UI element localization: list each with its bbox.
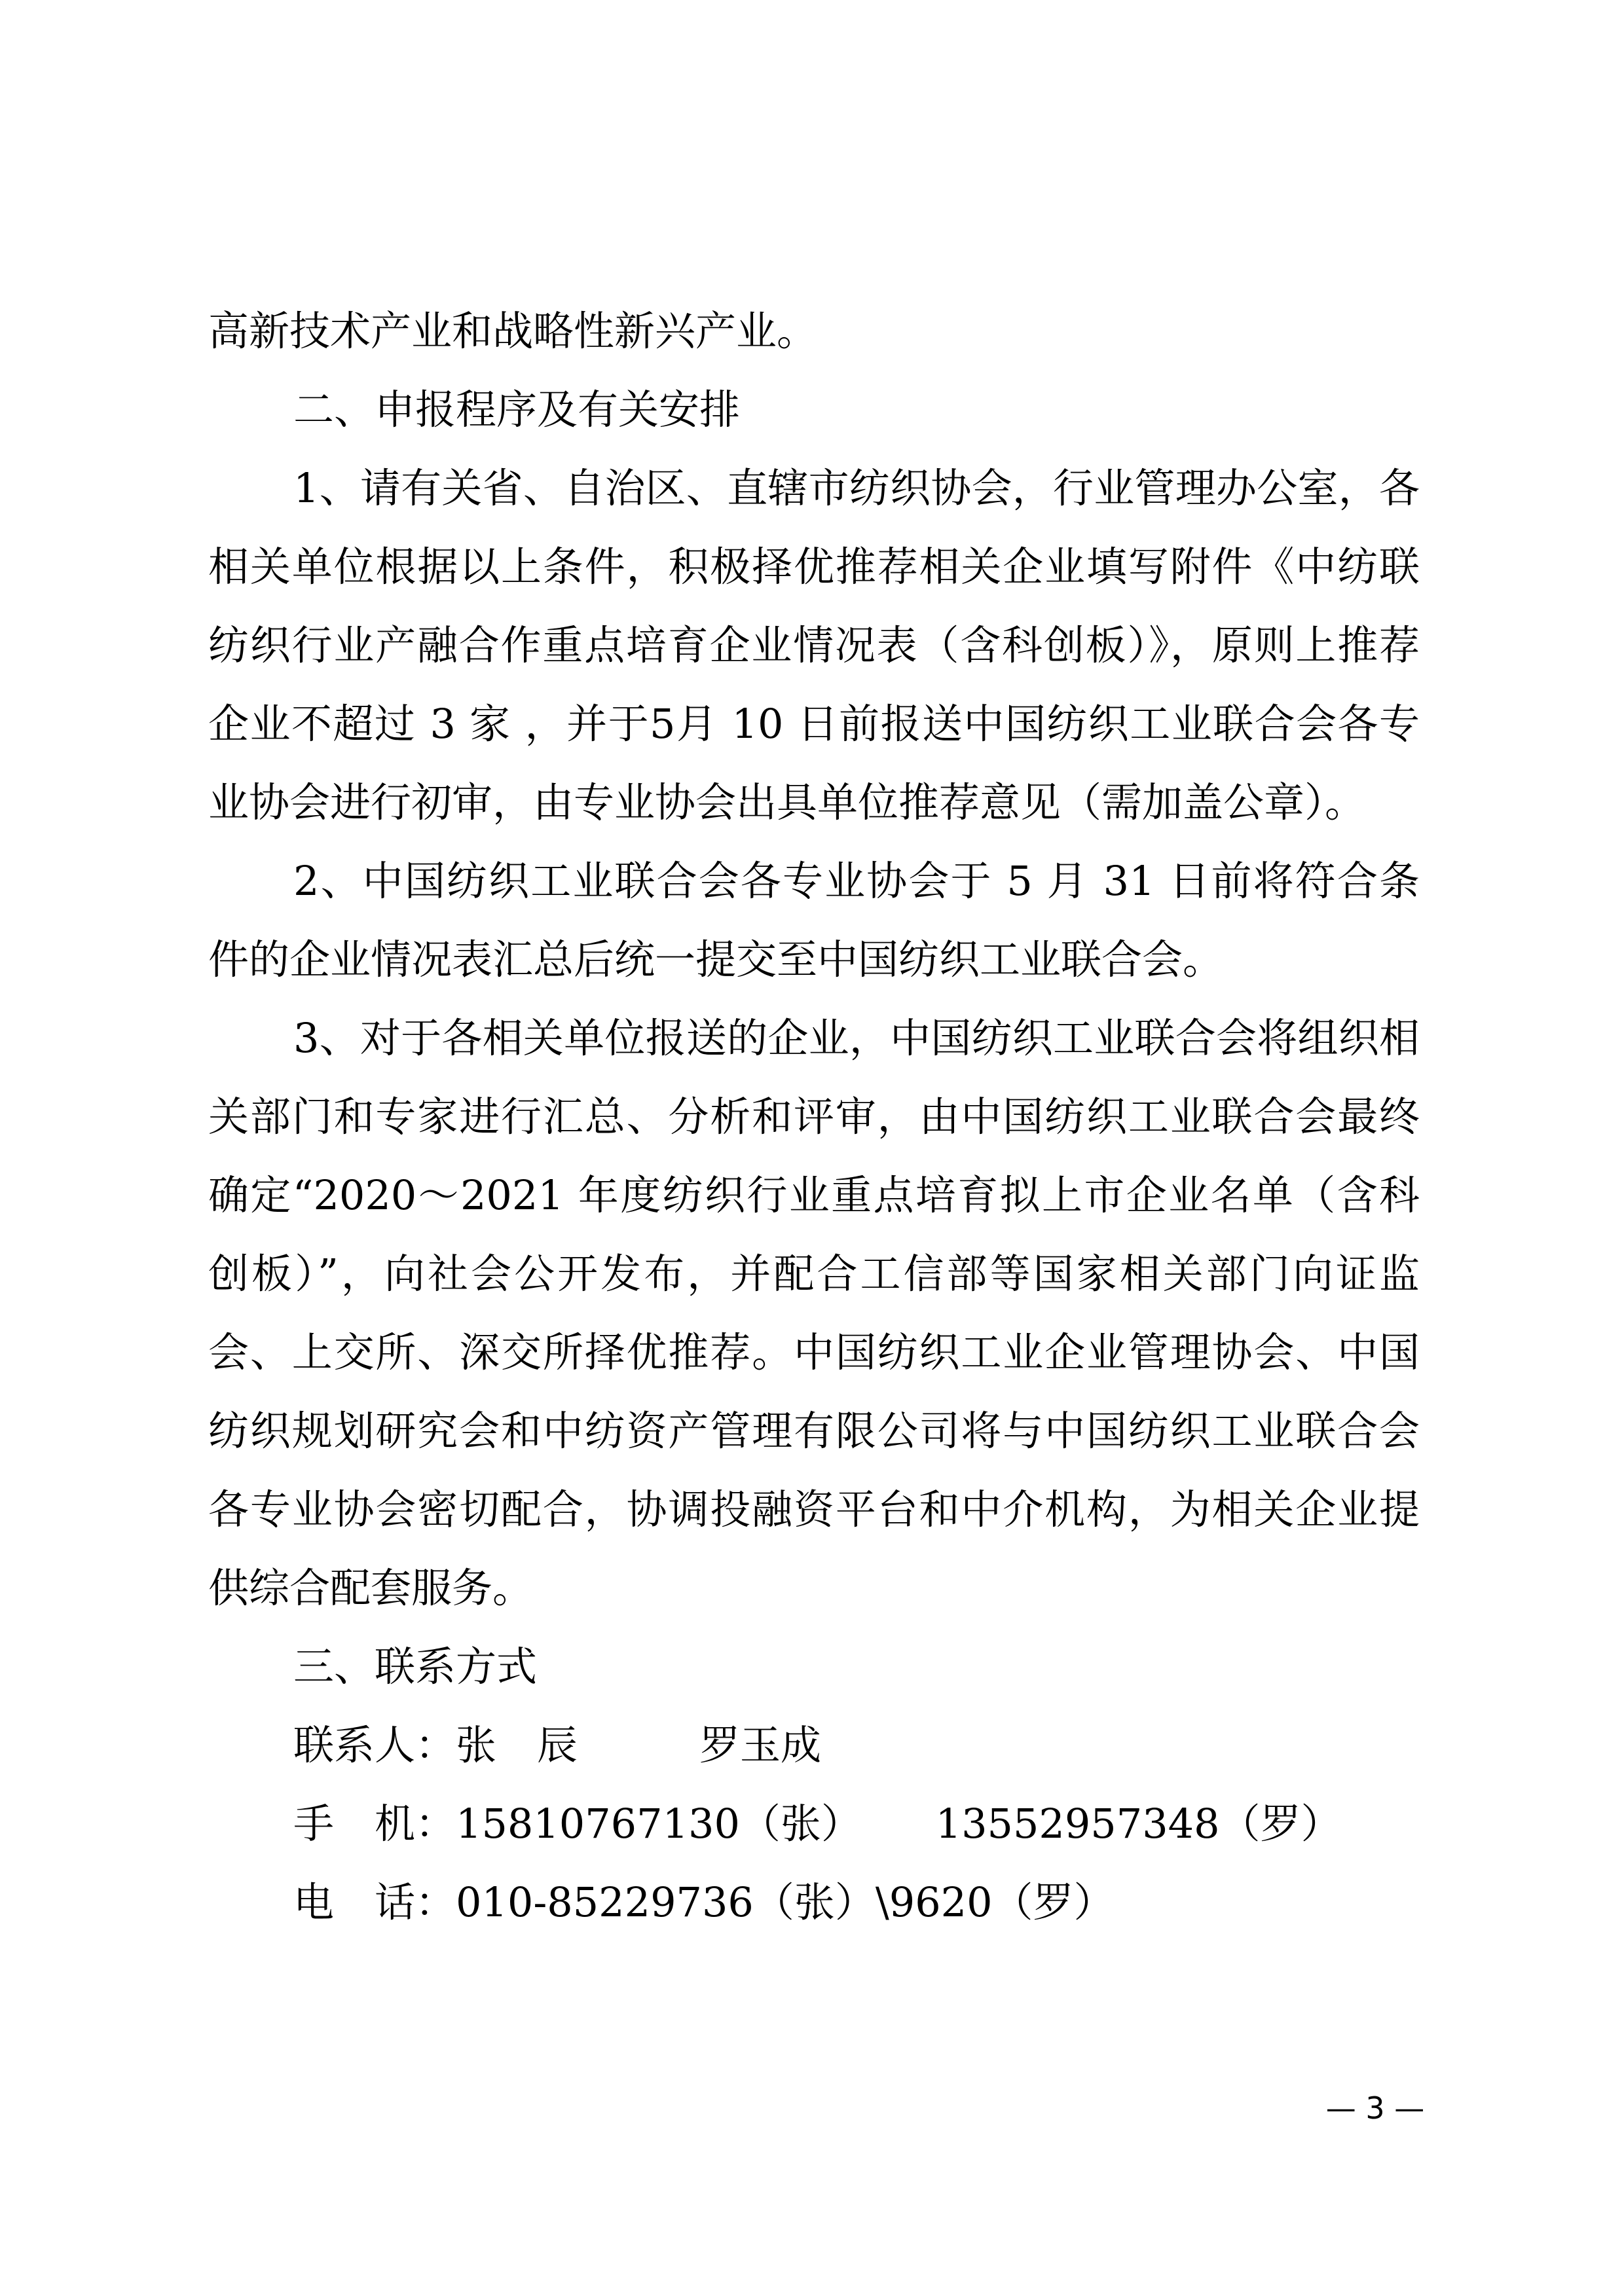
paragraph-item-1: 1、请有关省、自治区、直辖市纺织协会，行业管理办公室，各相关单位根据以上条件，积… xyxy=(208,449,1420,842)
document-page: 高新技术产业和战略性新兴产业。 二、申报程序及有关安排 1、请有关省、自治区、直… xyxy=(0,0,1624,2296)
paragraph-item-3: 3、对于各相关单位报送的企业，中国纺织工业联合会将组织相关部门和专家进行汇总、分… xyxy=(208,999,1420,1628)
paragraph-continuation: 高新技术产业和战略性新兴产业。 xyxy=(208,292,1420,371)
contact-mobile: 手 机：15810767130（张） 13552957348（罗） xyxy=(208,1785,1420,1863)
document-body: 高新技术产业和战略性新兴产业。 二、申报程序及有关安排 1、请有关省、自治区、直… xyxy=(208,292,1420,1942)
contact-person: 联系人：张 辰 罗玉成 xyxy=(208,1706,1420,1785)
section-heading-application-procedure: 二、申报程序及有关安排 xyxy=(208,371,1420,449)
contact-phone: 电 话：010-85229736（张）\9620（罗） xyxy=(208,1863,1420,1942)
section-heading-contact: 三、联系方式 xyxy=(208,1628,1420,1706)
page-number: — 3 — xyxy=(1323,2088,1428,2128)
paragraph-item-2: 2、中国纺织工业联合会各专业协会于 5 月 31 日前将符合条件的企业情况表汇总… xyxy=(208,842,1420,999)
